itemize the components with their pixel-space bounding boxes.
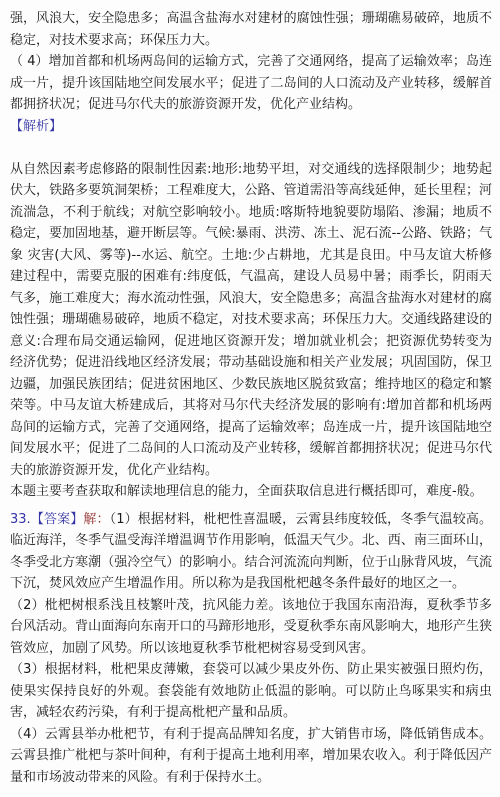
question33-number: 33. — [10, 512, 31, 527]
question33-solve-label: 解： — [83, 512, 109, 527]
analysis-section: 【解析】 — [10, 116, 492, 138]
question33-answer-part3-paragraph: （3）根据材料，枇杷果皮薄嫩，套袋可以减少果皮外伤、防止果实被强日照灼伤，使果实… — [10, 659, 492, 724]
question33-answer-label: 【答案】 — [31, 512, 84, 527]
blank-line — [10, 137, 492, 159]
analysis-label: 【解析】 — [10, 119, 62, 134]
document-body: 强，风浪大，安全隐患多；高温含盐海水对建材的腐蚀性强；珊瑚礁易破碎，地质不稳定，… — [10, 8, 492, 788]
previous-answer-tail-paragraph: 强，风浪大，安全隐患多；高温含盐海水对建材的腐蚀性强；珊瑚礁易破碎，地质不稳定，… — [10, 8, 492, 51]
document-page: 强，风浪大，安全隐患多；高温含盐海水对建材的腐蚀性强；珊瑚礁易破碎，地质不稳定，… — [0, 0, 500, 797]
question33-answer-part1-paragraph: 33.【答案】解：（1）根据材料，枇杷性喜温暖，云霄县纬度较低，冬季气温较高。临… — [10, 509, 492, 595]
analysis-body-paragraph: 从自然因素考虑修路的限制性因素:地形:地势平坦，对交通线的选择限制少；地势起伏大… — [10, 159, 492, 482]
question33-answer-part4-paragraph: （4）云霄县举办枇杷节，有利于提高品牌知名度，扩大销售市场，降低销售成本。云霄县… — [10, 724, 492, 789]
analysis-note-paragraph: 本题主要考查获取和解读地理信息的能力，全面获取信息进行概括即可，难度-般。 — [10, 481, 492, 503]
previous-answer-point4-paragraph: （ 4）增加首都和机场两岛间的运输方式，完善了交通网络，提高了运输效率；岛连成一… — [10, 51, 492, 116]
question33-answer-part2-paragraph: （2）枇杷树根系浅且枝繁叶茂，抗风能力差。该地位于我国东南沿海，夏秋季节多台风活… — [10, 595, 492, 660]
